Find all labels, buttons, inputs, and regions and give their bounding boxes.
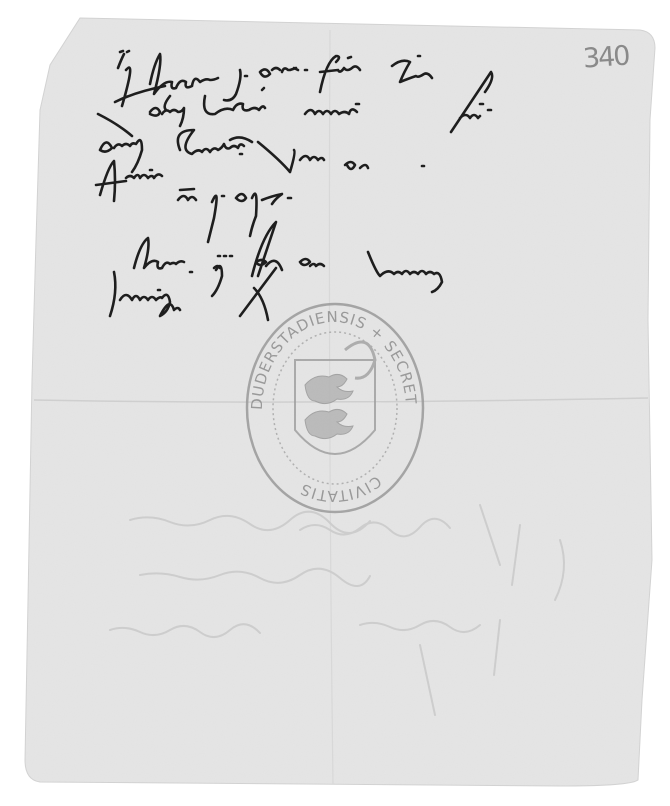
seal-legend-top: DUDERSTADIENSIS + SECRETUM — [0, 0, 420, 410]
seal-legend-bottom: CIVITATIS — [297, 472, 385, 505]
document-page: 340 — [0, 0, 670, 806]
city-seal: DUDERSTADIENSIS + SECRETUM CIVITATIS — [0, 0, 670, 806]
